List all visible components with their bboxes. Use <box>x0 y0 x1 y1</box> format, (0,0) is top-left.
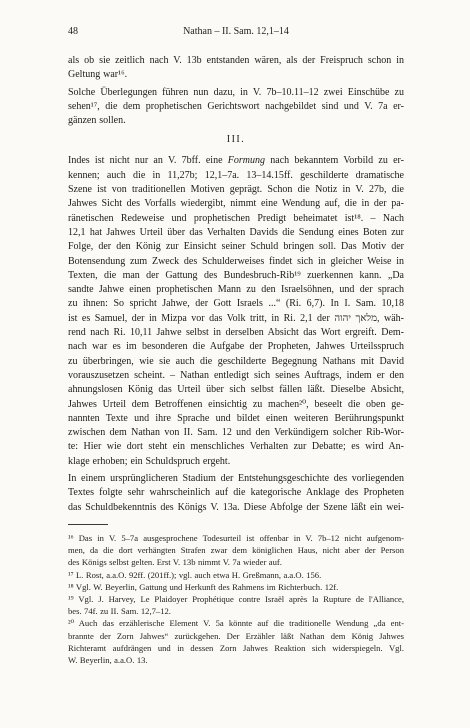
footnote-line: W. Beyerlin, a.a.O. 13. <box>68 654 404 666</box>
text-line: In einem ursprünglicheren Stadium der En… <box>68 472 404 486</box>
footnote-line: Richteramt aufdrängen und in dessen Zorn… <box>68 642 404 654</box>
text-line: gänzen sollen. <box>68 114 404 128</box>
section-heading: III. <box>68 134 404 146</box>
text-line: ahnungslosen König das Urteil über sich … <box>68 383 404 397</box>
text-line: nannten Texte und ihre Sprache und bilde… <box>68 412 404 426</box>
text-line: Geltung war¹⁶. <box>68 68 404 82</box>
text-line: Indes ist nicht nur an V. 7bff. eine For… <box>68 154 404 168</box>
text-line: sehen¹⁷, die dem prophetischen Gerichtsw… <box>68 100 404 114</box>
text-line: Textes folgte sehr wahrscheinlich auf di… <box>68 486 404 500</box>
running-title: Nathan – II. Sam. 12,1–14 <box>68 26 404 38</box>
footnote-line: bes. 74f. zu II. Sam. 12,7–12. <box>68 605 404 617</box>
text-line: Solche Überlegungen führen nun dazu, in … <box>68 86 404 100</box>
paragraph-1: als ob sie zeitlich nach V. 13b entstand… <box>68 54 404 83</box>
emphasis-word: Formung <box>228 155 265 166</box>
paragraph-2: Solche Überlegungen führen nun dazu, in … <box>68 86 404 129</box>
page-header: 48 Nathan – II. Sam. 12,1–14 <box>68 26 404 38</box>
text-line: das Schuldbekenntnis des Königs V. 13a. … <box>68 501 404 515</box>
text-line-with-hebrew: ist es Samuel, der in Mizpa vor das Volk… <box>68 312 404 326</box>
text-line: Folge, der den König zur Einsicht seiner… <box>68 240 404 254</box>
paragraph-4: In einem ursprünglicheren Stadium der En… <box>68 472 404 515</box>
footnotes-block: ¹⁶ Das in V. 5–7a ausgesprochene Todesur… <box>68 532 404 666</box>
page-number: 48 <box>68 26 78 38</box>
text-line: Texten, die man der Gattung des Bundesbr… <box>68 269 404 283</box>
text-line: te: Hier wie dort steht ein menschliches… <box>68 440 404 454</box>
footnote-line: ¹⁹ Vgl. J. Harvey, Le Plaidoyer Prophéti… <box>68 593 404 605</box>
text-line: Jahwes Sicht des Vorfalls wiedergibt, ni… <box>68 197 404 211</box>
footnote-line: brannte der Zorn Jahwes“ zurückgehen. De… <box>68 630 404 642</box>
text-line: Szene ist von traditionellen Motiven gep… <box>68 183 404 197</box>
text-line: zu ihnen: So spricht Jahwe, der Gott Isr… <box>68 297 404 311</box>
text-line: zwischen dem Nathan von II. Sam. 12 und … <box>68 426 404 440</box>
text-line: klage erhoben; ein Schuldspruch ergeht. <box>68 455 404 469</box>
text-segment: nach bekanntem Vorbild zu er- <box>265 155 404 166</box>
paragraph-3: Indes ist nicht nur an V. 7bff. eine For… <box>68 154 404 469</box>
text-line: nach war es im besonderen die Aufgabe de… <box>68 340 404 354</box>
text-line: sandte Jahwe einen prophetischen Mann zu… <box>68 283 404 297</box>
text-line: ränetischen Redeweise und prophetischen … <box>68 212 404 226</box>
footnote-line: ¹⁶ Das in V. 5–7a ausgesprochene Todesur… <box>68 532 404 544</box>
footnote-line: men, da die dort verhängten Strafen zwar… <box>68 544 404 556</box>
text-line: kennen; auch die in 11,27b; 12,1–7a. 13–… <box>68 169 404 183</box>
text-line: 12,1 hat Jahwes Urteil über das Verhalte… <box>68 226 404 240</box>
footnote-line: des Königs selbst gelten. Erst V. 13b ni… <box>68 556 404 568</box>
footnote-line: ¹⁸ Vgl. W. Beyerlin, Gattung und Herkunf… <box>68 581 404 593</box>
text-line: rend nach Ri. 10,11 Jahwe selbst in ders… <box>68 326 404 340</box>
text-line: Jahwes Urteil dem Betroffenen einsichtig… <box>68 398 404 412</box>
text-segment: Indes ist nicht nur an V. 7bff. eine <box>68 155 228 166</box>
text-line: als ob sie zeitlich nach V. 13b entstand… <box>68 54 404 68</box>
text-line: Botensendung zum Zweck des Schulderweise… <box>68 255 404 269</box>
footnote-separator <box>68 524 108 525</box>
footnote-line: ¹⁷ L. Rost, a.a.O. 92ff. (201ff.); vgl. … <box>68 569 404 581</box>
footnote-line: ²⁰ Auch das erzählerische Element V. 5a … <box>68 617 404 629</box>
text-line: zu überbringen, wie sie auch die geschil… <box>68 355 404 369</box>
text-line: vorauszusetzen scheint. – Nathan entledi… <box>68 369 404 383</box>
book-page: 48 Nathan – II. Sam. 12,1–14 als ob sie … <box>0 0 470 728</box>
